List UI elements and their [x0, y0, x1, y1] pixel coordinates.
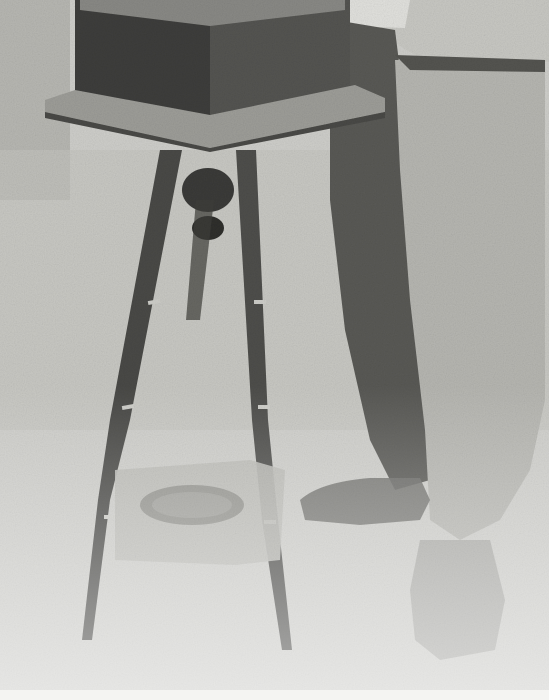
photo-scene — [0, 0, 549, 700]
photograph: Vintage black-and-white photograph of a … — [0, 0, 549, 700]
